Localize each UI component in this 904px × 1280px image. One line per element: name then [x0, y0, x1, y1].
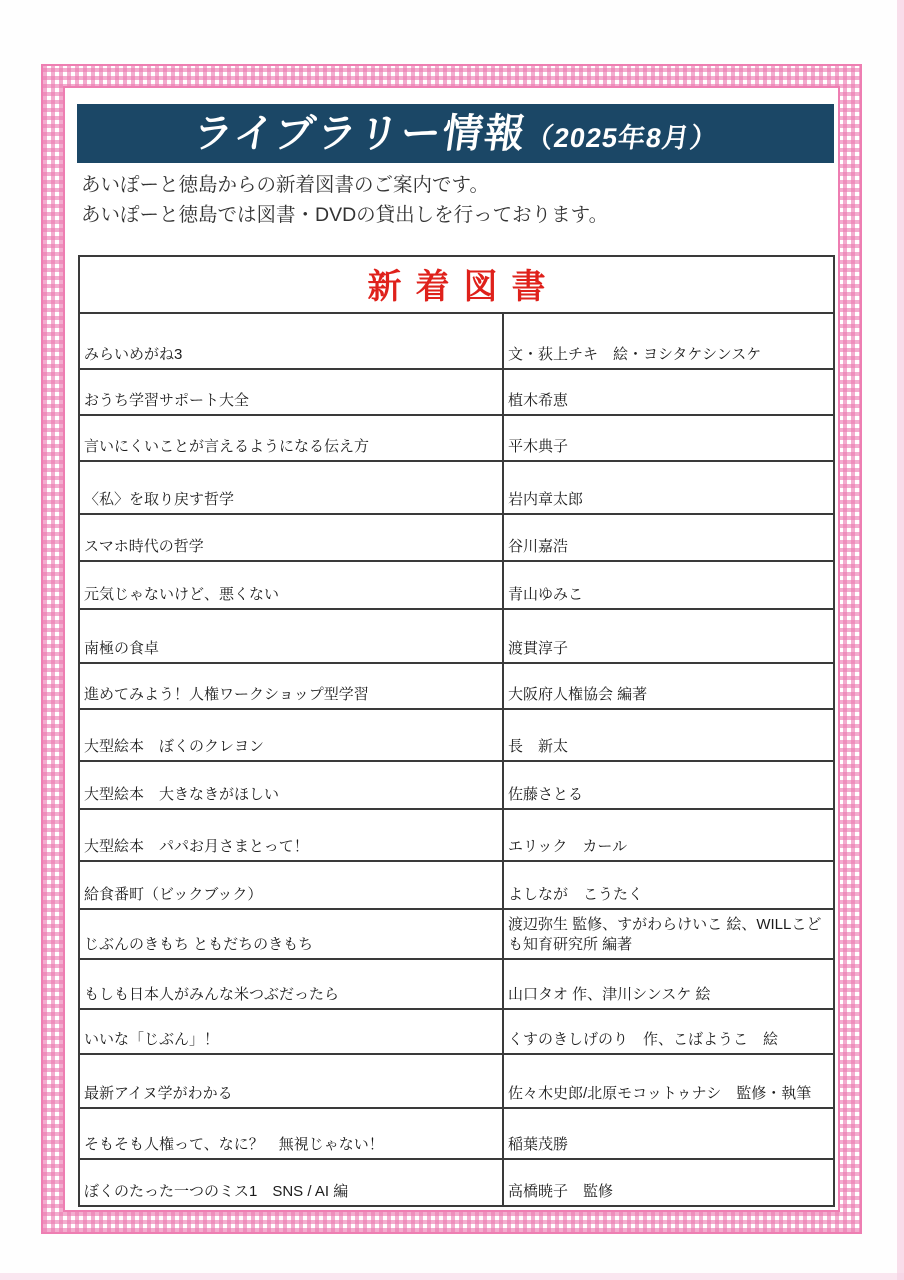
- book-title-cell: 進めてみよう！人権ワークショップ型学習: [79, 663, 503, 709]
- table-row: ぼくのたった一つのミス1 SNS / AI 編高橋暁子 監修: [79, 1159, 834, 1206]
- table-row: もしも日本人がみんな米つぶだったら山口タオ 作、津川シンスケ 絵: [79, 959, 834, 1009]
- table-header-row: 新着図書: [79, 256, 834, 313]
- book-title-cell: 〈私〉を取り戻す哲学: [79, 461, 503, 514]
- book-author-cell: くすのきしげのり 作、こばようこ 絵: [503, 1009, 834, 1054]
- book-author-cell: エリック カール: [503, 809, 834, 861]
- book-title-cell: 南極の食卓: [79, 609, 503, 663]
- new-books-table: 新着図書 みらいめがね3文・荻上チキ 絵・ヨシタケシンスケおうち学習サポート大全…: [78, 255, 835, 1207]
- scan-edge-bottom: [0, 1273, 904, 1280]
- book-author-cell: 佐々木史郎/北原モコットゥナシ 監修・執筆: [503, 1054, 834, 1108]
- table-row: 元気じゃないけど、悪くない青山ゆみこ: [79, 561, 834, 609]
- book-author-cell: よしなが こうたく: [503, 861, 834, 909]
- table-row: みらいめがね3文・荻上チキ 絵・ヨシタケシンスケ: [79, 313, 834, 369]
- book-title-cell: もしも日本人がみんな米つぶだったら: [79, 959, 503, 1009]
- book-author-cell: 大阪府人権協会 編著: [503, 663, 834, 709]
- book-author-cell: 渡貫淳子: [503, 609, 834, 663]
- table-row: いいな「じぶん」！くすのきしげのり 作、こばようこ 絵: [79, 1009, 834, 1054]
- page-title: ライブラリー情報 （2025年8月）: [190, 114, 721, 154]
- table-row: 進めてみよう！人権ワークショップ型学習大阪府人権協会 編著: [79, 663, 834, 709]
- book-author-cell: 長 新太: [503, 709, 834, 761]
- book-title-cell: じぶんのきもち ともだちのきもち: [79, 909, 503, 959]
- book-title-cell: おうち学習サポート大全: [79, 369, 503, 415]
- table-title: 新着図書: [79, 256, 834, 313]
- table-row: そもそも人権って、なに？ 無視じゃない！稲葉茂勝: [79, 1108, 834, 1159]
- table-row: スマホ時代の哲学谷川嘉浩: [79, 514, 834, 561]
- book-title-cell: みらいめがね3: [79, 313, 503, 369]
- book-title-cell: いいな「じぶん」！: [79, 1009, 503, 1054]
- book-author-cell: 谷川嘉浩: [503, 514, 834, 561]
- intro-text: あいぽーと徳島からの新着図書のご案内です。 あいぽーと徳島では図書・DVDの貸出…: [81, 170, 608, 230]
- book-author-cell: 渡辺弥生 監修、すがわらけいこ 絵、WILLこども知育研究所 編著: [503, 909, 834, 959]
- book-title-cell: 元気じゃないけど、悪くない: [79, 561, 503, 609]
- book-title-cell: 給食番町（ビックブック）: [79, 861, 503, 909]
- book-author-cell: 岩内章太郎: [503, 461, 834, 514]
- table-row: 南極の食卓渡貫淳子: [79, 609, 834, 663]
- book-author-cell: 高橋暁子 監修: [503, 1159, 834, 1206]
- book-author-cell: 文・荻上チキ 絵・ヨシタケシンスケ: [503, 313, 834, 369]
- book-author-cell: 山口タオ 作、津川シンスケ 絵: [503, 959, 834, 1009]
- table-row: 〈私〉を取り戻す哲学岩内章太郎: [79, 461, 834, 514]
- book-title-cell: 言いにくいことが言えるようになる伝え方: [79, 415, 503, 461]
- book-title-cell: そもそも人権って、なに？ 無視じゃない！: [79, 1108, 503, 1159]
- book-title-cell: 大型絵本 パパお月さまとって！: [79, 809, 503, 861]
- book-author-cell: 青山ゆみこ: [503, 561, 834, 609]
- table-row: じぶんのきもち ともだちのきもち渡辺弥生 監修、すがわらけいこ 絵、WILLこど…: [79, 909, 834, 959]
- book-title-cell: 大型絵本 ぼくのクレヨン: [79, 709, 503, 761]
- table-row: 大型絵本 ぼくのクレヨン長 新太: [79, 709, 834, 761]
- scan-edge-right: [897, 0, 904, 1280]
- intro-line-2: あいぽーと徳島では図書・DVDの貸出しを行っております。: [81, 200, 608, 230]
- page-title-banner: ライブラリー情報 （2025年8月）: [77, 104, 834, 163]
- book-title-cell: スマホ時代の哲学: [79, 514, 503, 561]
- intro-line-1: あいぽーと徳島からの新着図書のご案内です。: [81, 170, 608, 200]
- book-author-cell: 佐藤さとる: [503, 761, 834, 809]
- table-row: 大型絵本 パパお月さまとって！エリック カール: [79, 809, 834, 861]
- book-author-cell: 平木典子: [503, 415, 834, 461]
- book-title-cell: ぼくのたった一つのミス1 SNS / AI 編: [79, 1159, 503, 1206]
- table-row: 給食番町（ビックブック）よしなが こうたく: [79, 861, 834, 909]
- book-author-cell: 植木希恵: [503, 369, 834, 415]
- table-row: 大型絵本 大きなきがほしい佐藤さとる: [79, 761, 834, 809]
- page-title-text: ライブラリー情報: [190, 114, 529, 154]
- book-author-cell: 稲葉茂勝: [503, 1108, 834, 1159]
- book-title-cell: 大型絵本 大きなきがほしい: [79, 761, 503, 809]
- table-row: おうち学習サポート大全植木希恵: [79, 369, 834, 415]
- book-title-cell: 最新アイヌ学がわかる: [79, 1054, 503, 1108]
- table-row: 最新アイヌ学がわかる佐々木史郎/北原モコットゥナシ 監修・執筆: [79, 1054, 834, 1108]
- page-title-date: （2025年8月）: [524, 125, 720, 152]
- table-row: 言いにくいことが言えるようになる伝え方平木典子: [79, 415, 834, 461]
